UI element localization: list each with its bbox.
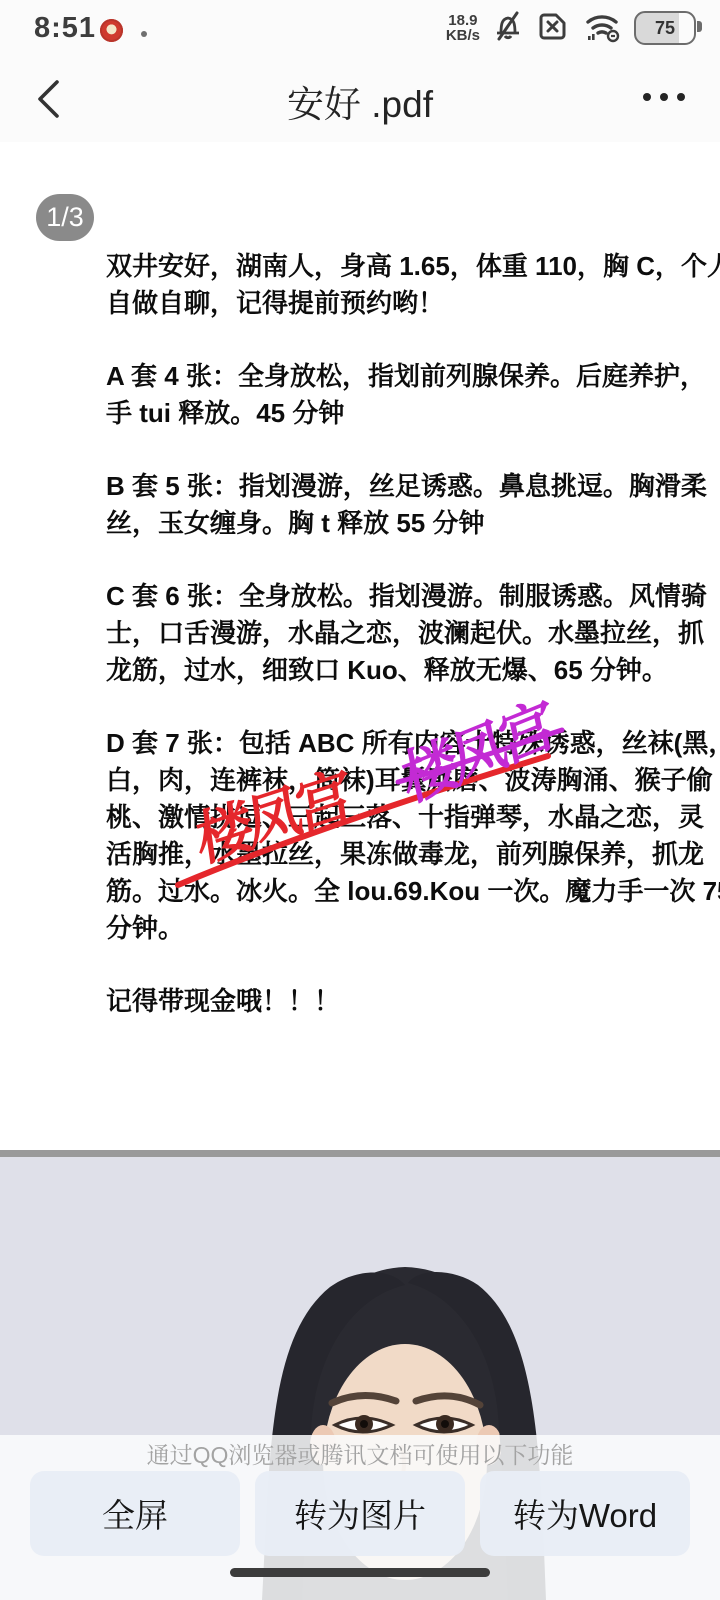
text-line: 丝，玉女缠身。胸 t 释放 55 分钟 xyxy=(106,505,614,542)
text-line: B 套 5 张：指划漫游，丝足诱惑。鼻息挑逗。胸滑柔 xyxy=(106,468,614,505)
paragraph-set-b: B 套 5 张：指划漫游，丝足诱惑。鼻息挑逗。胸滑柔 丝，玉女缠身。胸 t 释放… xyxy=(106,468,614,542)
notification-dot-icon xyxy=(141,31,147,37)
status-icons: 18.9 KB/s xyxy=(446,9,696,47)
nav-bar: 安好 .pdf xyxy=(0,56,720,142)
text-line: 白，肉，连裤袜，筒袜)耳鬓厮磨、波涛胸涌、猴子偷 xyxy=(106,762,614,799)
toolbar-hint: 通过QQ浏览器或腾讯文档可使用以下功能 xyxy=(0,1437,720,1470)
page-indicator: 1/3 xyxy=(36,194,94,241)
more-options-button[interactable] xyxy=(634,74,694,120)
toolbar-buttons: 全屏 转为图片 转为Word xyxy=(0,1471,720,1556)
battery-icon: 75 xyxy=(634,11,696,45)
network-speed-value: 18.9 xyxy=(448,13,477,28)
text-line: 筋。过水。冰火。全 lou.69.Kou 一次。魔力手一次 75 xyxy=(106,873,614,910)
convert-to-word-button[interactable]: 转为Word xyxy=(480,1471,690,1556)
text-line: 活胸推，水墨拉丝，果冻做毒龙，前列腺保养，抓龙 xyxy=(106,836,614,873)
text-line: 桃、激情挑逗、三起三落、十指弹琴，水晶之恋，灵 xyxy=(106,799,614,836)
text-line: 分钟。 xyxy=(106,910,614,947)
network-speed-unit: KB/s xyxy=(446,28,480,43)
paragraph-set-a: A 套 4 张：全身放松，指划前列腺保养。后庭养护， 手 tui 释放。45 分… xyxy=(106,358,614,432)
text-line: D 套 7 张：包括 ABC 所有内容十特殊诱惑，丝袜(黑， xyxy=(106,725,614,762)
text-line: 龙筋，过水，细致口 Kuo、释放无爆、65 分钟。 xyxy=(106,652,614,689)
page-separator xyxy=(0,1150,720,1157)
wifi-icon xyxy=(582,9,622,48)
notification-app-icon xyxy=(100,19,123,42)
paragraph-set-d: D 套 7 张：包括 ABC 所有内容十特殊诱惑，丝袜(黑， 白，肉，连裤袜，筒… xyxy=(106,725,614,947)
home-indicator[interactable] xyxy=(230,1568,490,1577)
phone-screen: 8:51 18.9 KB/s xyxy=(0,0,720,1600)
clock: 8:51 xyxy=(34,12,96,45)
fullscreen-button[interactable]: 全屏 xyxy=(30,1471,240,1556)
text-line: A 套 4 张：全身放松，指划前列腺保养。后庭养护， xyxy=(106,358,614,395)
battery-percent: 75 xyxy=(655,18,675,39)
paragraph-cash-note: 记得带现金哦！！！ xyxy=(106,983,614,1020)
convert-to-image-button[interactable]: 转为图片 xyxy=(255,1471,465,1556)
paragraph-set-c: C 套 6 张：全身放松。指划漫游。制服诱惑。风情骑 士，口舌漫游，水晶之恋，波… xyxy=(106,578,614,689)
mute-bell-icon xyxy=(492,9,524,48)
network-speed: 18.9 KB/s xyxy=(446,13,480,43)
no-sim-icon xyxy=(536,9,570,48)
text-line: 自做自聊，记得提前预约哟！ xyxy=(106,285,614,322)
status-bar: 8:51 18.9 KB/s xyxy=(0,0,720,56)
text-line: C 套 6 张：全身放松。指划漫游。制服诱惑。风情骑 xyxy=(106,578,614,615)
text-line: 士，口舌漫游，水晶之恋，波澜起伏。水墨拉丝，抓 xyxy=(106,615,614,652)
text-line: 双井安好，湖南人，身高 1.65，体重 110，胸 C，个人 xyxy=(106,248,614,285)
text-line: 手 tui 释放。45 分钟 xyxy=(106,395,614,432)
pdf-page-1[interactable]: 1/3 双井安好，湖南人，身高 1.65，体重 110，胸 C，个人 自做自聊，… xyxy=(0,142,720,1150)
document-title: 安好 .pdf xyxy=(0,74,720,128)
paragraph-intro: 双井安好，湖南人，身高 1.65，体重 110，胸 C，个人 自做自聊，记得提前… xyxy=(106,248,614,322)
text-line: 记得带现金哦！！！ xyxy=(106,983,614,1020)
pdf-text: 双井安好，湖南人，身高 1.65，体重 110，胸 C，个人 自做自聊，记得提前… xyxy=(106,248,614,1056)
